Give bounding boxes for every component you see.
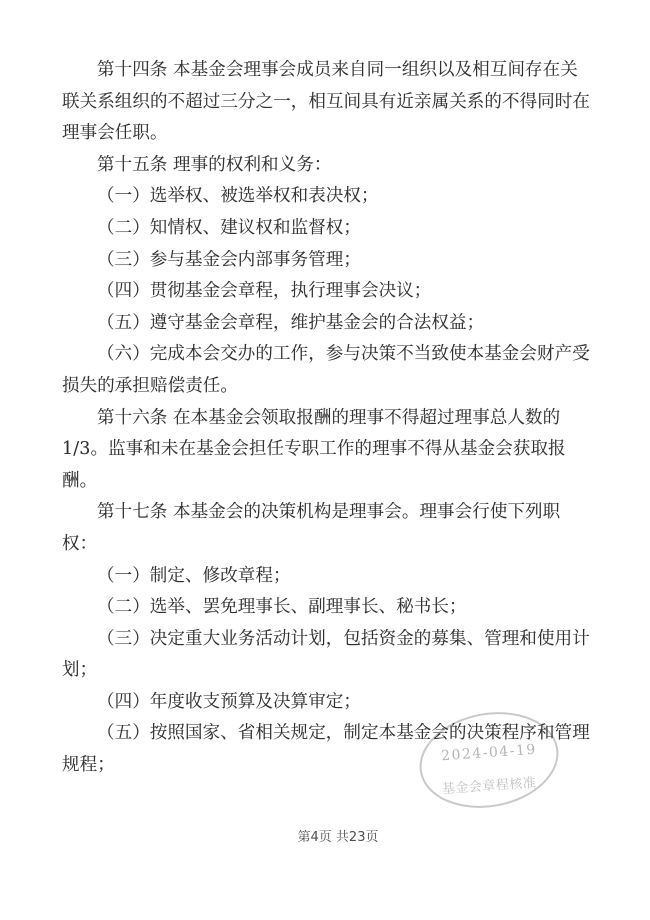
text-line: （一）制定、修改章程； [62,561,592,593]
text-line: 联关系组织的不超过三分之一，相互间具有近亲属关系的不得同时在 [62,87,592,119]
text-line: 损失的承担赔偿责任。 [62,371,592,403]
text-line: 1/3。监事和未在基金会担任专职工作的理事不得从基金会获取报 [62,434,592,466]
text-line: （三）参与基金会内部事务管理； [62,245,592,277]
text-line: （六）完成本会交办的工作，参与决策不当致使本基金会财产受 [62,339,592,371]
text-line: 权： [62,529,592,561]
text-line: （二）知情权、建议权和监督权； [62,213,592,245]
text-line: 理事会任职。 [62,118,592,150]
document-body: 第十四条 本基金会理事会成员来自同一组织以及相互间存在关 联关系组织的不超过三分… [62,55,592,782]
text-line: （二）选举、罢免理事长、副理事长、秘书长； [62,592,592,624]
text-line: 酬。 [62,466,592,498]
text-line: （五）遵守基金会章程，维护基金会的合法权益； [62,308,592,340]
text-line: （五）按照国家、省相关规定，制定本基金会的决策程序和管理 [62,718,592,750]
text-line: 规程； [62,750,592,782]
text-line: 第十五条 理事的权利和义务： [62,150,592,182]
text-line: 划； [62,655,592,687]
text-line: 第十七条 本基金会的决策机构是理事会。理事会行使下列职 [62,497,592,529]
document-page: 第十四条 本基金会理事会成员来自同一组织以及相互间存在关 联关系组织的不超过三分… [0,0,650,920]
text-line: （三）决定重大业务活动计划，包括资金的募集、管理和使用计 [62,624,592,656]
text-line: 第十四条 本基金会理事会成员来自同一组织以及相互间存在关 [62,55,592,87]
page-footer: 第4页 共23页 [0,826,650,845]
text-line: 第十六条 在本基金会领取报酬的理事不得超过理事总人数的 [62,403,592,435]
text-line: （四）贯彻基金会章程，执行理事会决议； [62,276,592,308]
text-line: （四）年度收支预算及决算审定； [62,687,592,719]
text-line: （一）选举权、被选举权和表决权； [62,181,592,213]
